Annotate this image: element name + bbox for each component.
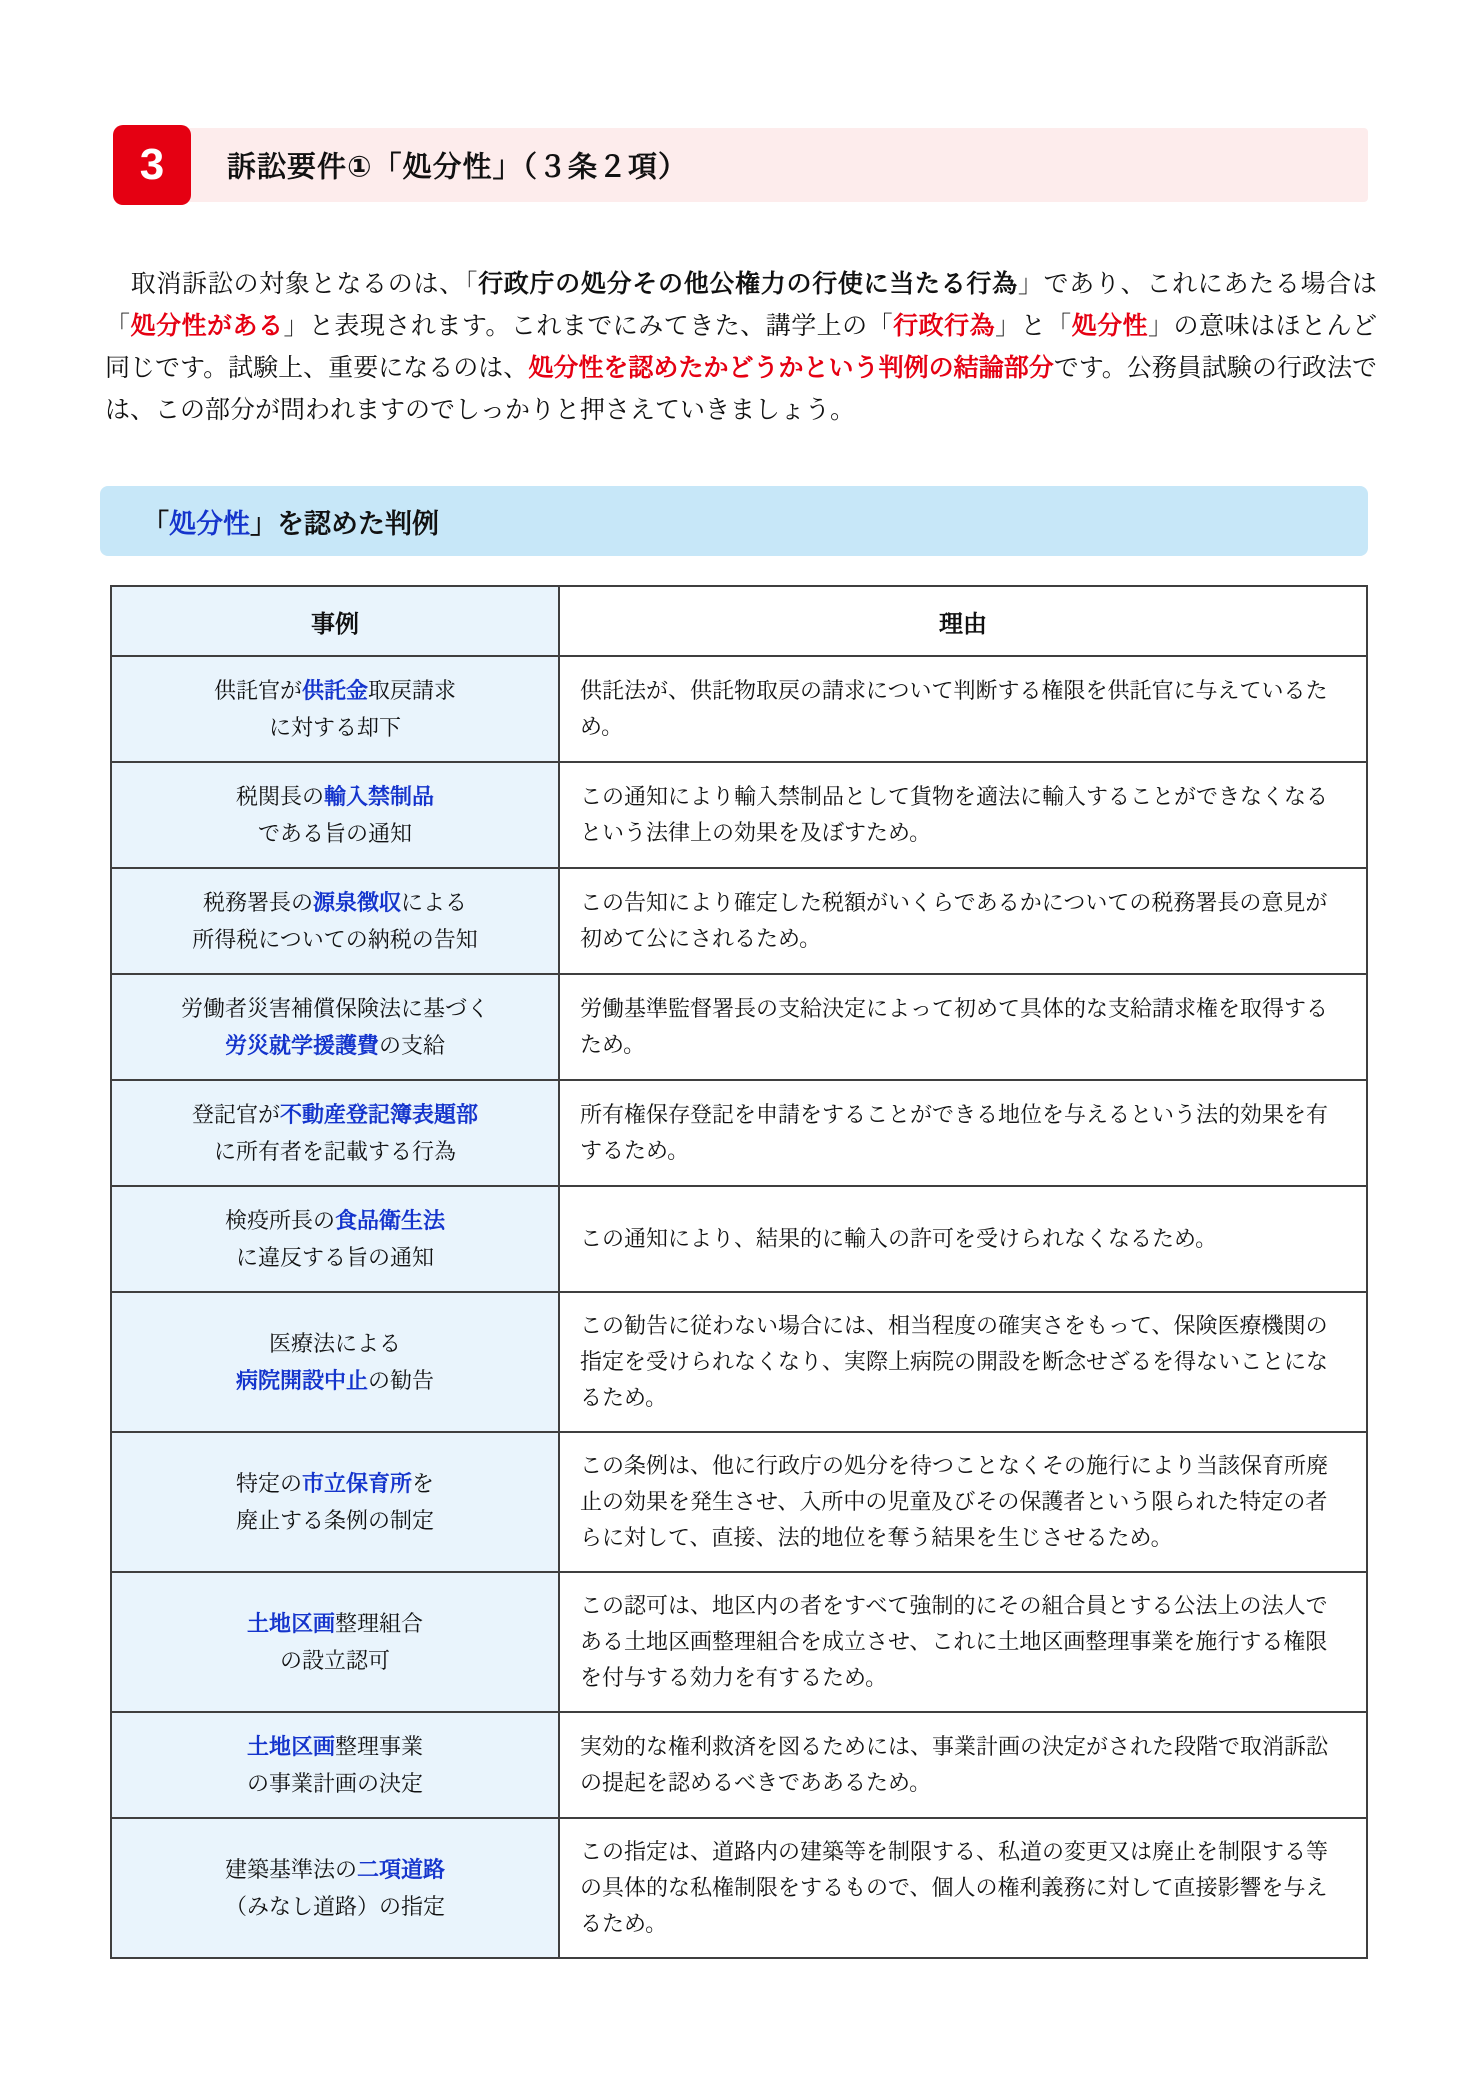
text-segment: に所有者を記載する行為 — [214, 1139, 456, 1164]
text-segment: （みなし道路）の指定 — [225, 1894, 445, 1919]
text-segment: 処分性 — [169, 502, 250, 541]
table-row: 供託官が供託金取戻請求 に対する却下供託法が、供託物取戻の請求について判断する権… — [111, 656, 1367, 762]
text-segment: 労働者災害補償保険法に基づく — [181, 996, 489, 1021]
case-cell: 税務署長の源泉徴収による 所得税についての納税の告知 — [111, 868, 559, 974]
text-segment: 」と表現されます。これまでにみてきた、講学上の「 — [283, 312, 893, 340]
case-cell: 土地区画整理事業 の事業計画の決定 — [111, 1712, 559, 1818]
case-cell: 特定の市立保育所を 廃止する条例の制定 — [111, 1432, 559, 1572]
callout-header: 「処分性」を認めた判例 — [100, 486, 1368, 556]
text-segment: 処分性がある — [131, 312, 284, 340]
text-segment: 」を認めた判例 — [250, 502, 439, 541]
table-row: 建築基準法の二項道路 （みなし道路）の指定この指定は、道路内の建築等を制限する、… — [111, 1818, 1367, 1958]
case-cell: 土地区画整理組合 の設立認可 — [111, 1572, 559, 1712]
text-segment: 処分性を認めたかどうかという判例の結論部分 — [528, 354, 1053, 382]
table-row: 税務署長の源泉徴収による 所得税についての納税の告知この告知により確定した税額が… — [111, 868, 1367, 974]
text-segment: に違反する旨の通知 — [236, 1245, 434, 1270]
section-number: 3 — [140, 140, 164, 190]
text-segment: 食品衛生法 — [335, 1208, 445, 1233]
case-cell: 税関長の輸入禁制品 である旨の通知 — [111, 762, 559, 868]
reason-cell: 所有権保存登記を申請をすることができる地位を与えるという法的効果を有するため。 — [559, 1080, 1367, 1186]
intro-paragraph: 取消訴訟の対象となるのは、「行政庁の処分その他公権力の行使に当たる行為」であり、… — [105, 263, 1377, 431]
section-number-badge: 3 — [113, 125, 191, 205]
text-segment: 病院開設中止 — [236, 1368, 368, 1393]
case-cell: 建築基準法の二項道路 （みなし道路）の指定 — [111, 1818, 559, 1958]
text-segment: 処分性 — [1072, 312, 1148, 340]
table-row: 土地区画整理組合 の設立認可この認可は、地区内の者をすべて強制的にその組合員とす… — [111, 1572, 1367, 1712]
reason-cell: この通知により、結果的に輸入の許可を受けられなくなるため。 — [559, 1186, 1367, 1292]
text-segment: 不動産登記簿表題部 — [280, 1102, 478, 1127]
case-cell: 労働者災害補償保険法に基づく 労災就学援護費の支給 — [111, 974, 559, 1080]
reason-cell: この勧告に従わない場合には、相当程度の確実さをもって、保険医療機関の指定を受けら… — [559, 1292, 1367, 1432]
text-segment: 行政行為 — [893, 312, 995, 340]
table-row: 労働者災害補償保険法に基づく 労災就学援護費の支給労働基準監督署長の支給決定によ… — [111, 974, 1367, 1080]
text-segment: である旨の通知 — [258, 821, 412, 846]
table-row: 特定の市立保育所を 廃止する条例の制定この条例は、他に行政庁の処分を待つことなく… — [111, 1432, 1367, 1572]
text-segment: の勧告 — [368, 1368, 434, 1393]
case-cell: 検疫所長の食品衛生法 に違反する旨の通知 — [111, 1186, 559, 1292]
text-segment: 特定の — [236, 1471, 302, 1496]
text-segment: 登記官が — [192, 1102, 280, 1127]
reason-cell: この指定は、道路内の建築等を制限する、私道の変更又は廃止を制限する等の具体的な私… — [559, 1818, 1367, 1958]
text-segment: 輸入禁制品 — [324, 784, 434, 809]
reason-cell: この条例は、他に行政庁の処分を待つことなくその施行により当該保育所廃止の効果を発… — [559, 1432, 1367, 1572]
text-segment: 税関長の — [236, 784, 324, 809]
reason-cell: 実効的な権利救済を図るためには、事業計画の決定がされた段階で取消訴訟の提起を認め… — [559, 1712, 1367, 1818]
case-cell: 医療法による 病院開設中止の勧告 — [111, 1292, 559, 1432]
table-row: 土地区画整理事業 の事業計画の決定実効的な権利救済を図るためには、事業計画の決定… — [111, 1712, 1367, 1818]
text-segment: 税務署長の — [203, 890, 313, 915]
table-row: 検疫所長の食品衛生法 に違反する旨の通知この通知により、結果的に輸入の許可を受け… — [111, 1186, 1367, 1292]
column-header-reason: 理由 — [559, 586, 1367, 656]
table-row: 医療法による 病院開設中止の勧告この勧告に従わない場合には、相当程度の確実さをも… — [111, 1292, 1367, 1432]
section-title: 訴訟要件①「処分性」（３条２項） — [227, 145, 688, 186]
text-segment: 供託官が — [214, 678, 302, 703]
text-segment: の支給 — [379, 1033, 445, 1058]
text-segment: 市立保育所 — [302, 1471, 412, 1496]
reason-cell: この告知により確定した税額がいくらであるかについての税務署長の意見が初めて公にさ… — [559, 868, 1367, 974]
text-segment: 源泉徴収 — [313, 890, 401, 915]
reason-cell: 労働基準監督署長の支給決定によって初めて具体的な支給請求権を取得するため。 — [559, 974, 1367, 1080]
text-segment: 供託金 — [302, 678, 368, 703]
text-segment: 医療法による — [269, 1331, 401, 1356]
text-segment: 建築基準法の — [225, 1857, 357, 1882]
text-segment: 二項道路 — [357, 1857, 445, 1882]
text-segment: 」と「 — [995, 312, 1071, 340]
case-cell: 供託官が供託金取戻請求 に対する却下 — [111, 656, 559, 762]
column-header-case: 事例 — [111, 586, 559, 656]
text-segment: 労災就学援護費 — [225, 1033, 379, 1058]
table-row: 税関長の輸入禁制品 である旨の通知この通知により輸入禁制品として貨物を適法に輸入… — [111, 762, 1367, 868]
reason-cell: この認可は、地区内の者をすべて強制的にその組合員とする公法上の法人である土地区画… — [559, 1572, 1367, 1712]
precedents-table: 事例 理由 供託官が供託金取戻請求 に対する却下供託法が、供託物取戻の請求につい… — [110, 585, 1368, 1959]
text-segment: 土地区画 — [247, 1611, 335, 1636]
text-segment: 取消訴訟の対象となるのは、「 — [105, 270, 478, 298]
text-segment: 検疫所長の — [225, 1208, 335, 1233]
table-body: 供託官が供託金取戻請求 に対する却下供託法が、供託物取戻の請求について判断する権… — [111, 656, 1367, 1958]
reason-cell: この通知により輸入禁制品として貨物を適法に輸入することができなくなるという法律上… — [559, 762, 1367, 868]
section-heading-band: 3 訴訟要件①「処分性」（３条２項） — [115, 128, 1368, 202]
text-segment: 土地区画 — [247, 1734, 335, 1759]
text-segment: 行政庁の処分その他公権力の行使に当たる行為 — [478, 270, 1018, 298]
table-header-row: 事例 理由 — [111, 586, 1367, 656]
text-segment: 「 — [142, 502, 169, 541]
table-row: 登記官が不動産登記簿表題部 に所有者を記載する行為所有権保存登記を申請をすること… — [111, 1080, 1367, 1186]
reason-cell: 供託法が、供託物取戻の請求について判断する権限を供託官に与えているため。 — [559, 656, 1367, 762]
case-cell: 登記官が不動産登記簿表題部 に所有者を記載する行為 — [111, 1080, 559, 1186]
